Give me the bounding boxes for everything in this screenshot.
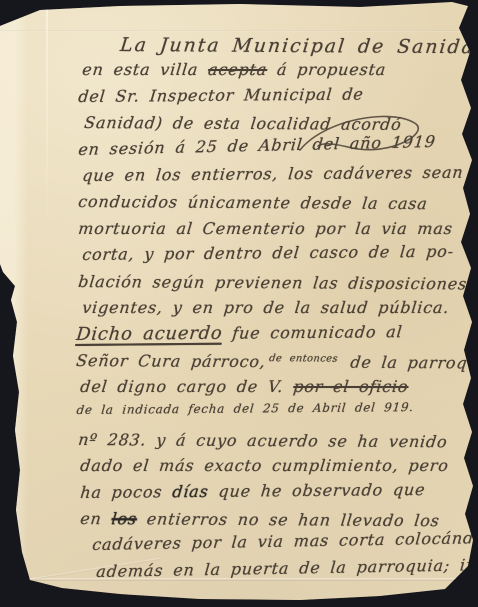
manuscript-text: del Sr. Inspector Municipal de <box>77 84 364 105</box>
paper-crease <box>0 30 478 32</box>
manuscript-text: entierros no se han llevado los <box>136 509 441 530</box>
manuscript-text: Sanidad) de esta localidad acordó <box>83 113 402 134</box>
manuscript-text: los <box>111 509 138 528</box>
manuscript-line: del Sr. Inspector Municipal de <box>77 83 474 113</box>
manuscript-line: Señor Cura párroco,de entonces de la par… <box>75 351 474 380</box>
manuscript-text: que en los entierros, los cadáveres sean <box>81 163 464 185</box>
manuscript-text: nº 283. y á cuyo acuerdo se ha venido <box>77 430 448 451</box>
manuscript-line: en esta villa acepta á propuesta <box>81 60 474 86</box>
manuscript-line: ha pocos días que he observado que <box>79 479 474 509</box>
manuscript-text: Dicho acuerdo <box>75 323 223 345</box>
manuscript-lines: La Junta Municipal de Sanidaden esta vil… <box>76 34 472 588</box>
manuscript-text: de la indicada fecha del 25 de Abril del… <box>76 401 415 418</box>
manuscript-text: vigentes, y en pro de la salud pública. <box>81 298 450 317</box>
manuscript-line: Dicho acuerdo fue comunicado al <box>75 321 474 351</box>
manuscript-paper: La Junta Municipal de Sanidaden esta vil… <box>0 0 478 607</box>
manuscript-line: La Junta Municipal de Sanidad <box>119 34 474 63</box>
manuscript-text: conducidos únicamente desde la casa <box>77 192 428 213</box>
manuscript-line: de la indicada fecha del 25 de Abril del… <box>75 400 474 430</box>
paper-fold-line <box>46 4 48 229</box>
manuscript-text: La Junta Municipal de Sanidad <box>119 34 478 58</box>
manuscript-line: corta, y por dentro del casco de la po- <box>81 242 474 272</box>
manuscript-line: conducidos únicamente desde la casa <box>77 192 474 221</box>
manuscript-text: por el oficio <box>292 377 409 396</box>
manuscript-line: blación según previenen las disposicione… <box>77 272 474 301</box>
manuscript-text: que he observado que <box>208 480 427 501</box>
manuscript-text: corta, y por dentro del casco de la po- <box>81 242 454 264</box>
manuscript-text: en esta villa <box>81 60 209 79</box>
manuscript-text: Señor Cura párroco, <box>75 351 267 371</box>
manuscript-text: ha pocos <box>79 482 173 502</box>
manuscript-text: fue comunicado al <box>222 322 404 343</box>
manuscript-line: que en los entierros, los cadáveres sean <box>81 163 474 193</box>
manuscript-text: mortuoria al Cementerio por la via mas <box>77 219 453 238</box>
manuscript-text: blación según previenen las disposicione… <box>77 272 468 293</box>
photo-of-document: La Junta Municipal de Sanidaden esta vil… <box>0 0 478 607</box>
manuscript-line: dado el más exacto cumplimiento, pero <box>79 456 474 482</box>
manuscript-text: acepta <box>207 60 268 79</box>
manuscript-text: de la parroquia <box>340 352 478 372</box>
manuscript-text: del digno cargo de V. <box>79 377 294 396</box>
manuscript-text: de entonces <box>269 353 339 364</box>
manuscript-line: además en la puerta de la parroquia; inf… <box>95 555 474 588</box>
manuscript-text: á propuesta <box>266 60 387 79</box>
manuscript-text: días <box>171 482 209 501</box>
manuscript-text: dado el más exacto cumplimiento, pero <box>79 456 449 475</box>
manuscript-text: en <box>79 509 112 528</box>
manuscript-body: La Junta Municipal de Sanidaden esta vil… <box>76 34 472 588</box>
manuscript-line: nº 283. y á cuyo acuerdo se ha venido <box>77 430 474 459</box>
